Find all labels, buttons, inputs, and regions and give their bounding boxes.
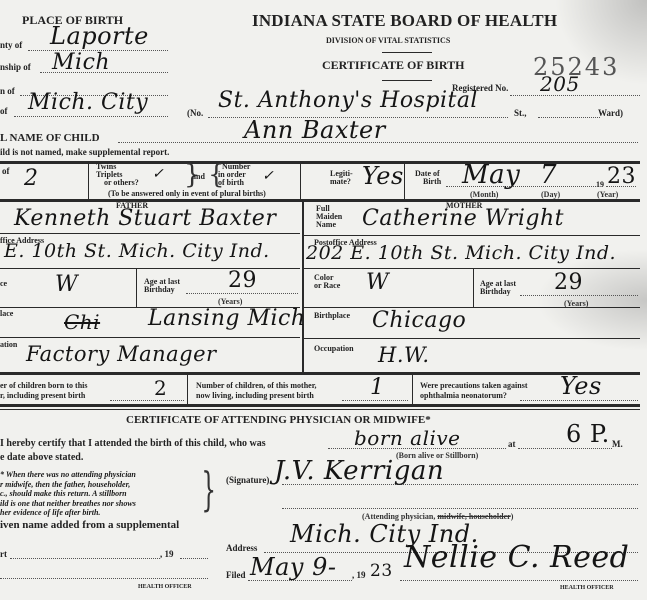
father-age-value: 29 [228,268,257,293]
children-living-label: Number of children, of this mother, now … [196,381,317,401]
mother-race-value: W [366,270,389,295]
health-officer-caption: HEALTH OFFICER [560,585,614,591]
registered-number-value: 205 [540,72,580,96]
town-label: n of [0,86,15,96]
county-label: nty of [0,40,22,50]
children-born-value: 2 [154,376,167,400]
city-value: Mich. City [28,90,148,115]
twins-checkmark: ✓ [152,166,164,182]
twins-label: Twins Triplets or others? [96,163,139,187]
at-label: at [508,439,516,449]
legitimate-label: Legiti- mate? [330,170,353,186]
supplemental-report-text: iven name added from a supplemental [0,519,179,531]
certificate-title: CERTIFICATE OF BIRTH [322,58,465,73]
signature-label: (Signature) [226,475,269,485]
supplemental-year-prefix: , 19 [160,549,174,559]
footnote: * When there was no attending physician … [0,470,136,518]
date-of-birth-label: Date of Birth [415,170,441,186]
father-age-label: Age at last Birthday [144,278,180,294]
health-officer-signature: Nellie C. Reed [404,540,629,575]
institution-value: St. Anthony's Hospital [218,88,478,113]
physician-signature: J.V. Kerrigan [274,456,444,486]
mother-age-value: 29 [554,270,583,295]
birth-time-value: 6 P. [566,420,610,448]
filed-date-value: May 9- [250,553,336,581]
child-name-value: Ann Baxter [244,116,386,144]
father-occupation-label: ation [0,340,17,349]
plural-births-note: (To be answered only in event of plural … [108,189,266,198]
and-label: and [192,172,205,181]
children-living-value: 1 [370,375,385,400]
father-race-value: W [55,272,78,297]
certify-statement-continued: e date above stated. [0,452,83,463]
father-name-value: Kenneth Stuart Baxter [14,206,276,231]
board-title: INDIANA STATE BOARD OF HEALTH [252,11,557,31]
institution-no-label: (No. [187,108,203,118]
supplemental-health-officer-caption: HEALTH OFFICER [138,584,192,590]
birth-century: 19 [596,180,604,189]
father-race-label: ce [0,279,7,288]
birth-day-value: 7 [540,160,557,190]
father-address-value: E. 10th St. Mich. City Ind. [4,240,270,262]
precautions-label: Were precautions taken against ophthalmi… [420,381,527,401]
mother-name-label: Full Maiden Name [316,205,342,229]
divider [382,52,432,53]
mother-address-value: 202 E. 10th St. Mich. City Ind. [306,242,616,264]
father-birthplace-value: Lansing Mich [148,306,306,331]
birth-month-value: May [462,160,520,190]
st-label: St., [514,108,527,118]
mother-race-label: Color or Race [314,274,340,290]
mother-birthplace-value: Chicago [372,308,466,333]
not-named-note: ild is not named, make supplemental repo… [0,147,169,157]
legitimate-value: Yes [362,162,404,190]
mother-name-value: Catherine Wright [362,206,564,231]
supplemental-report-label: rt [0,549,7,559]
birth-order-checkmark: ✓ [262,168,274,184]
mother-age-label: Age at last Birthday [480,280,516,296]
mother-birthplace-label: Birthplace [314,311,350,320]
sex-label: of [2,166,10,176]
birth-order-label: Number in order of birth [218,163,250,187]
father-occupation-value: Factory Manager [26,342,217,366]
township-label: nship of [0,62,31,72]
father-birthplace-label: lace [0,309,13,318]
divider [382,80,432,81]
precautions-value: Yes [560,372,602,400]
meridiem-label: M. [612,439,623,449]
birth-year-value: 23 [607,164,636,189]
city-label: of [0,106,8,116]
filed-year-prefix: , 19 [352,570,366,580]
physician-address-label: Address [226,543,257,553]
born-alive-value: born alive [354,426,461,450]
physician-certificate-heading: CERTIFICATE OF ATTENDING PHYSICIAN OR MI… [126,414,431,426]
ward-label: Ward) [598,108,623,118]
filed-label: Filed [226,570,246,580]
township-value: Mich [52,50,110,75]
county-value: Laporte [50,22,149,50]
sex-value: 2 [24,166,39,191]
father-birthplace-struck: Chi [64,310,100,334]
mother-occupation-label: Occupation [314,344,354,353]
children-born-label: er of children born to this r, including… [0,381,87,401]
filed-year-value: 23 [370,561,393,581]
child-name-label: L NAME OF CHILD [0,132,100,144]
mother-occupation-value: H.W. [378,343,430,367]
certify-statement: I hereby certify that I attended the bir… [0,438,266,449]
division-title: DIVISION OF VITAL STATISTICS [326,36,450,45]
birth-certificate: PLACE OF BIRTH INDIANA STATE BOARD OF HE… [0,0,647,600]
